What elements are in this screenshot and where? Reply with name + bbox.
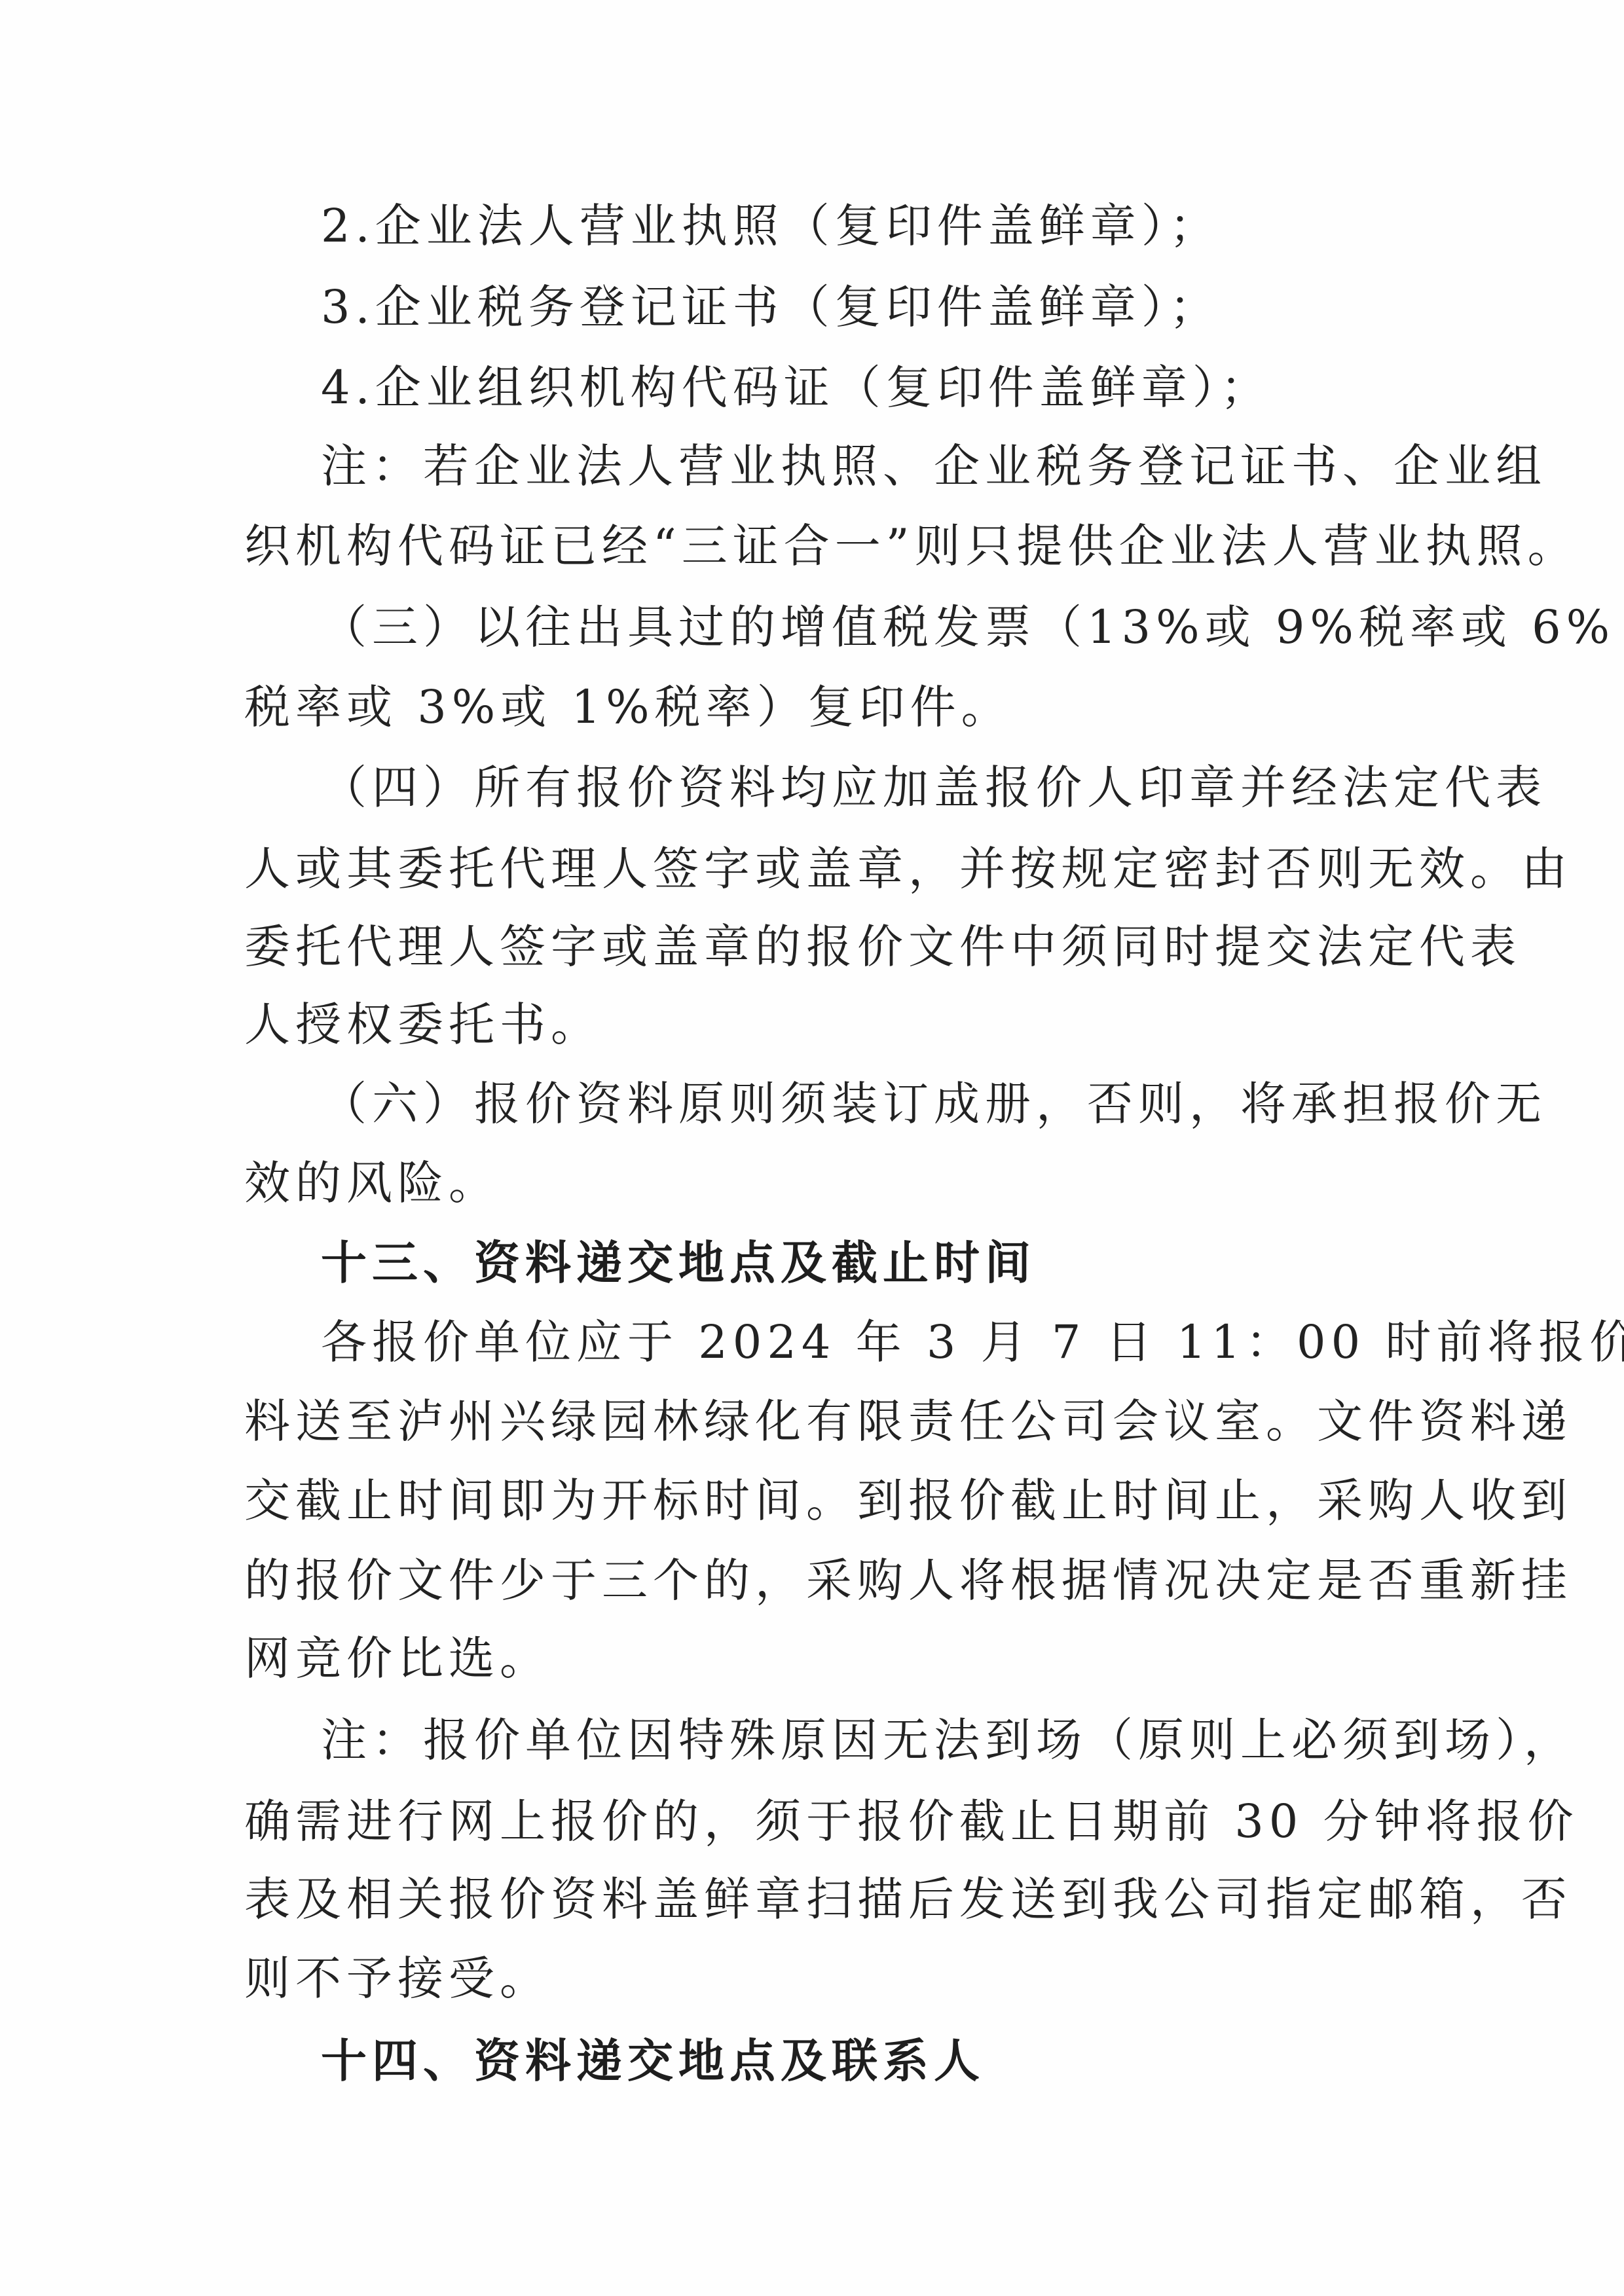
paragraph-line: 各报价单位应于 2024 年 3 月 7 日 11：00 时前将报价资 (321, 1313, 1624, 1372)
paragraph-line: 注：若企业法人营业执照、企业税务登记证书、企业组 (321, 437, 1547, 496)
paragraph-line: 2.企业法人营业执照（复印件盖鲜章）； (321, 196, 1221, 255)
paragraph-line: 表及相关报价资料盖鲜章扫描后发送到我公司指定邮箱，否 (244, 1870, 1572, 1929)
paragraph-line: 则不予接受。 (244, 1949, 551, 2008)
paragraph-line: 交截止时间即为开标时间。到报价截止时间止，采购人收到 (244, 1471, 1572, 1530)
paragraph-line: 料送至泸州兴绿园林绿化有限责任公司会议室。文件资料递 (244, 1392, 1572, 1451)
paragraph-line: 税率或 3%或 1%税率）复印件。 (244, 678, 1012, 737)
paragraph-line: 确需进行网上报价的，须于报价截止日期前 30 分钟将报价 (244, 1792, 1579, 1851)
paragraph-line: 人授权委托书。 (244, 995, 602, 1054)
paragraph-line: 注：报价单位因特殊原因无法到场（原则上必须到场）， (321, 1711, 1575, 1770)
paragraph-line: （四）所有报价资料均应加盖报价人印章并经法定代表 (321, 758, 1547, 817)
paragraph-line: 的报价文件少于三个的，采购人将根据情况决定是否重新挂 (244, 1551, 1572, 1610)
paragraph-line: 效的风险。 (244, 1154, 500, 1212)
paragraph-line: 织机构代码证已经“三证合一”则只提供企业法人营业执照。 (244, 517, 1579, 575)
paragraph-line: 4.企业组织机构代码证（复印件盖鲜章）； (321, 358, 1272, 417)
paragraph-line: 网竞价比选。 (244, 1629, 551, 1688)
paragraph-line: 人或其委托代理人签字或盖章，并按规定密封否则无效。由 (244, 839, 1572, 898)
paragraph-line: 委托代理人签字或盖章的报价文件中须同时提交法定代表 (244, 917, 1521, 976)
paragraph-line: （六）报价资料原则须装订成册，否则，将承担报价无 (321, 1074, 1547, 1133)
paragraph-line: （三）以往出具过的增值税发票（13%或 9%税率或 6% (321, 598, 1615, 657)
paragraph-line: 3.企业税务登记证书（复印件盖鲜章）； (321, 278, 1221, 337)
section-heading: 十四、资料递交地点及联系人 (321, 2032, 985, 2090)
document-page: 2.企业法人营业执照（复印件盖鲜章）；3.企业税务登记证书（复印件盖鲜章）；4.… (0, 0, 1624, 2296)
section-heading: 十三、资料递交地点及截止时间 (321, 1233, 1036, 1292)
